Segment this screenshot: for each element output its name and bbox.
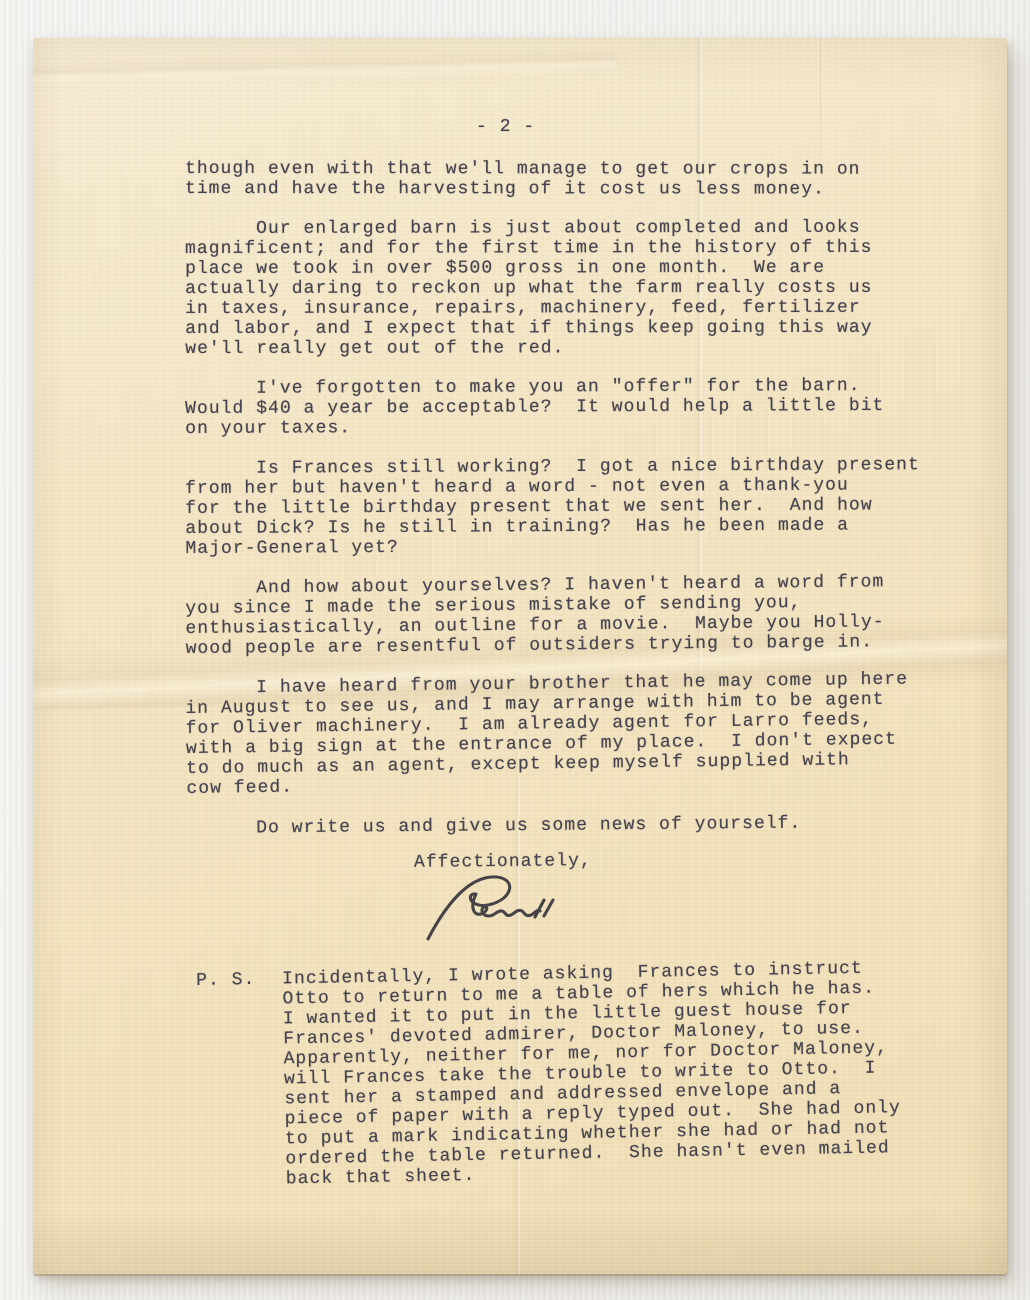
top-edge-wrinkle — [33, 52, 618, 82]
letter-line: Our enlarged barn is just about complete… — [185, 218, 945, 239]
letter-line: magnificent; and for the first time in t… — [185, 238, 945, 259]
paragraph: Do write us and give us some news of you… — [185, 812, 945, 839]
letter-line: Would $40 a year be acceptable? It would… — [185, 396, 945, 419]
letter-line: on your taxes. — [185, 416, 945, 439]
letter-line: in taxes, insurance, repairs, machinery,… — [185, 298, 945, 319]
closing-valediction: Affectionately, — [414, 851, 592, 873]
letter-body: though even with that we'll manage to ge… — [185, 159, 945, 839]
letter-line: place we took in over $500 gross in one … — [185, 258, 945, 279]
paragraph: Our enlarged barn is just about complete… — [185, 218, 945, 359]
paragraph: And how about yourselves? I haven't hear… — [185, 572, 946, 659]
letter-line: about Dick? Is he still in training? Has… — [185, 515, 945, 539]
postscript-lines: Incidentally, I wrote asking Frances to … — [282, 957, 940, 1189]
postscript: P. S. Incidentally, I wrote asking Franc… — [196, 957, 940, 1191]
letter-page: - 2 - though even with that we'll manage… — [33, 38, 1007, 1274]
letter-line: Do write us and give us some news of you… — [185, 812, 945, 839]
paragraph: though even with that we'll manage to ge… — [185, 159, 945, 200]
letter-line: actually daring to reckon up what the fa… — [185, 278, 945, 299]
letter-line: and labor, and I expect that if things k… — [185, 318, 945, 339]
letter-line: time and have the harvesting of it cost … — [185, 179, 945, 200]
postscript-label: P. S. — [196, 969, 282, 991]
letter-line: Major-General yet? — [185, 535, 945, 559]
letter-line: though even with that we'll manage to ge… — [185, 159, 945, 180]
paragraph: I've forgotten to make you an "offer" fo… — [185, 376, 945, 439]
letter-line: we'll really get out of the red. — [185, 338, 945, 359]
page-number: - 2 - — [476, 117, 535, 137]
handwritten-signature-icon — [423, 872, 563, 944]
signature-rockwell — [423, 872, 563, 944]
scan-background: { "page": { "number_label": "- 2 -" }, "… — [0, 0, 1030, 1300]
paragraph: I have heard from your brother that he m… — [185, 669, 947, 799]
paragraph: Is Frances still working? I got a nice b… — [185, 455, 946, 559]
